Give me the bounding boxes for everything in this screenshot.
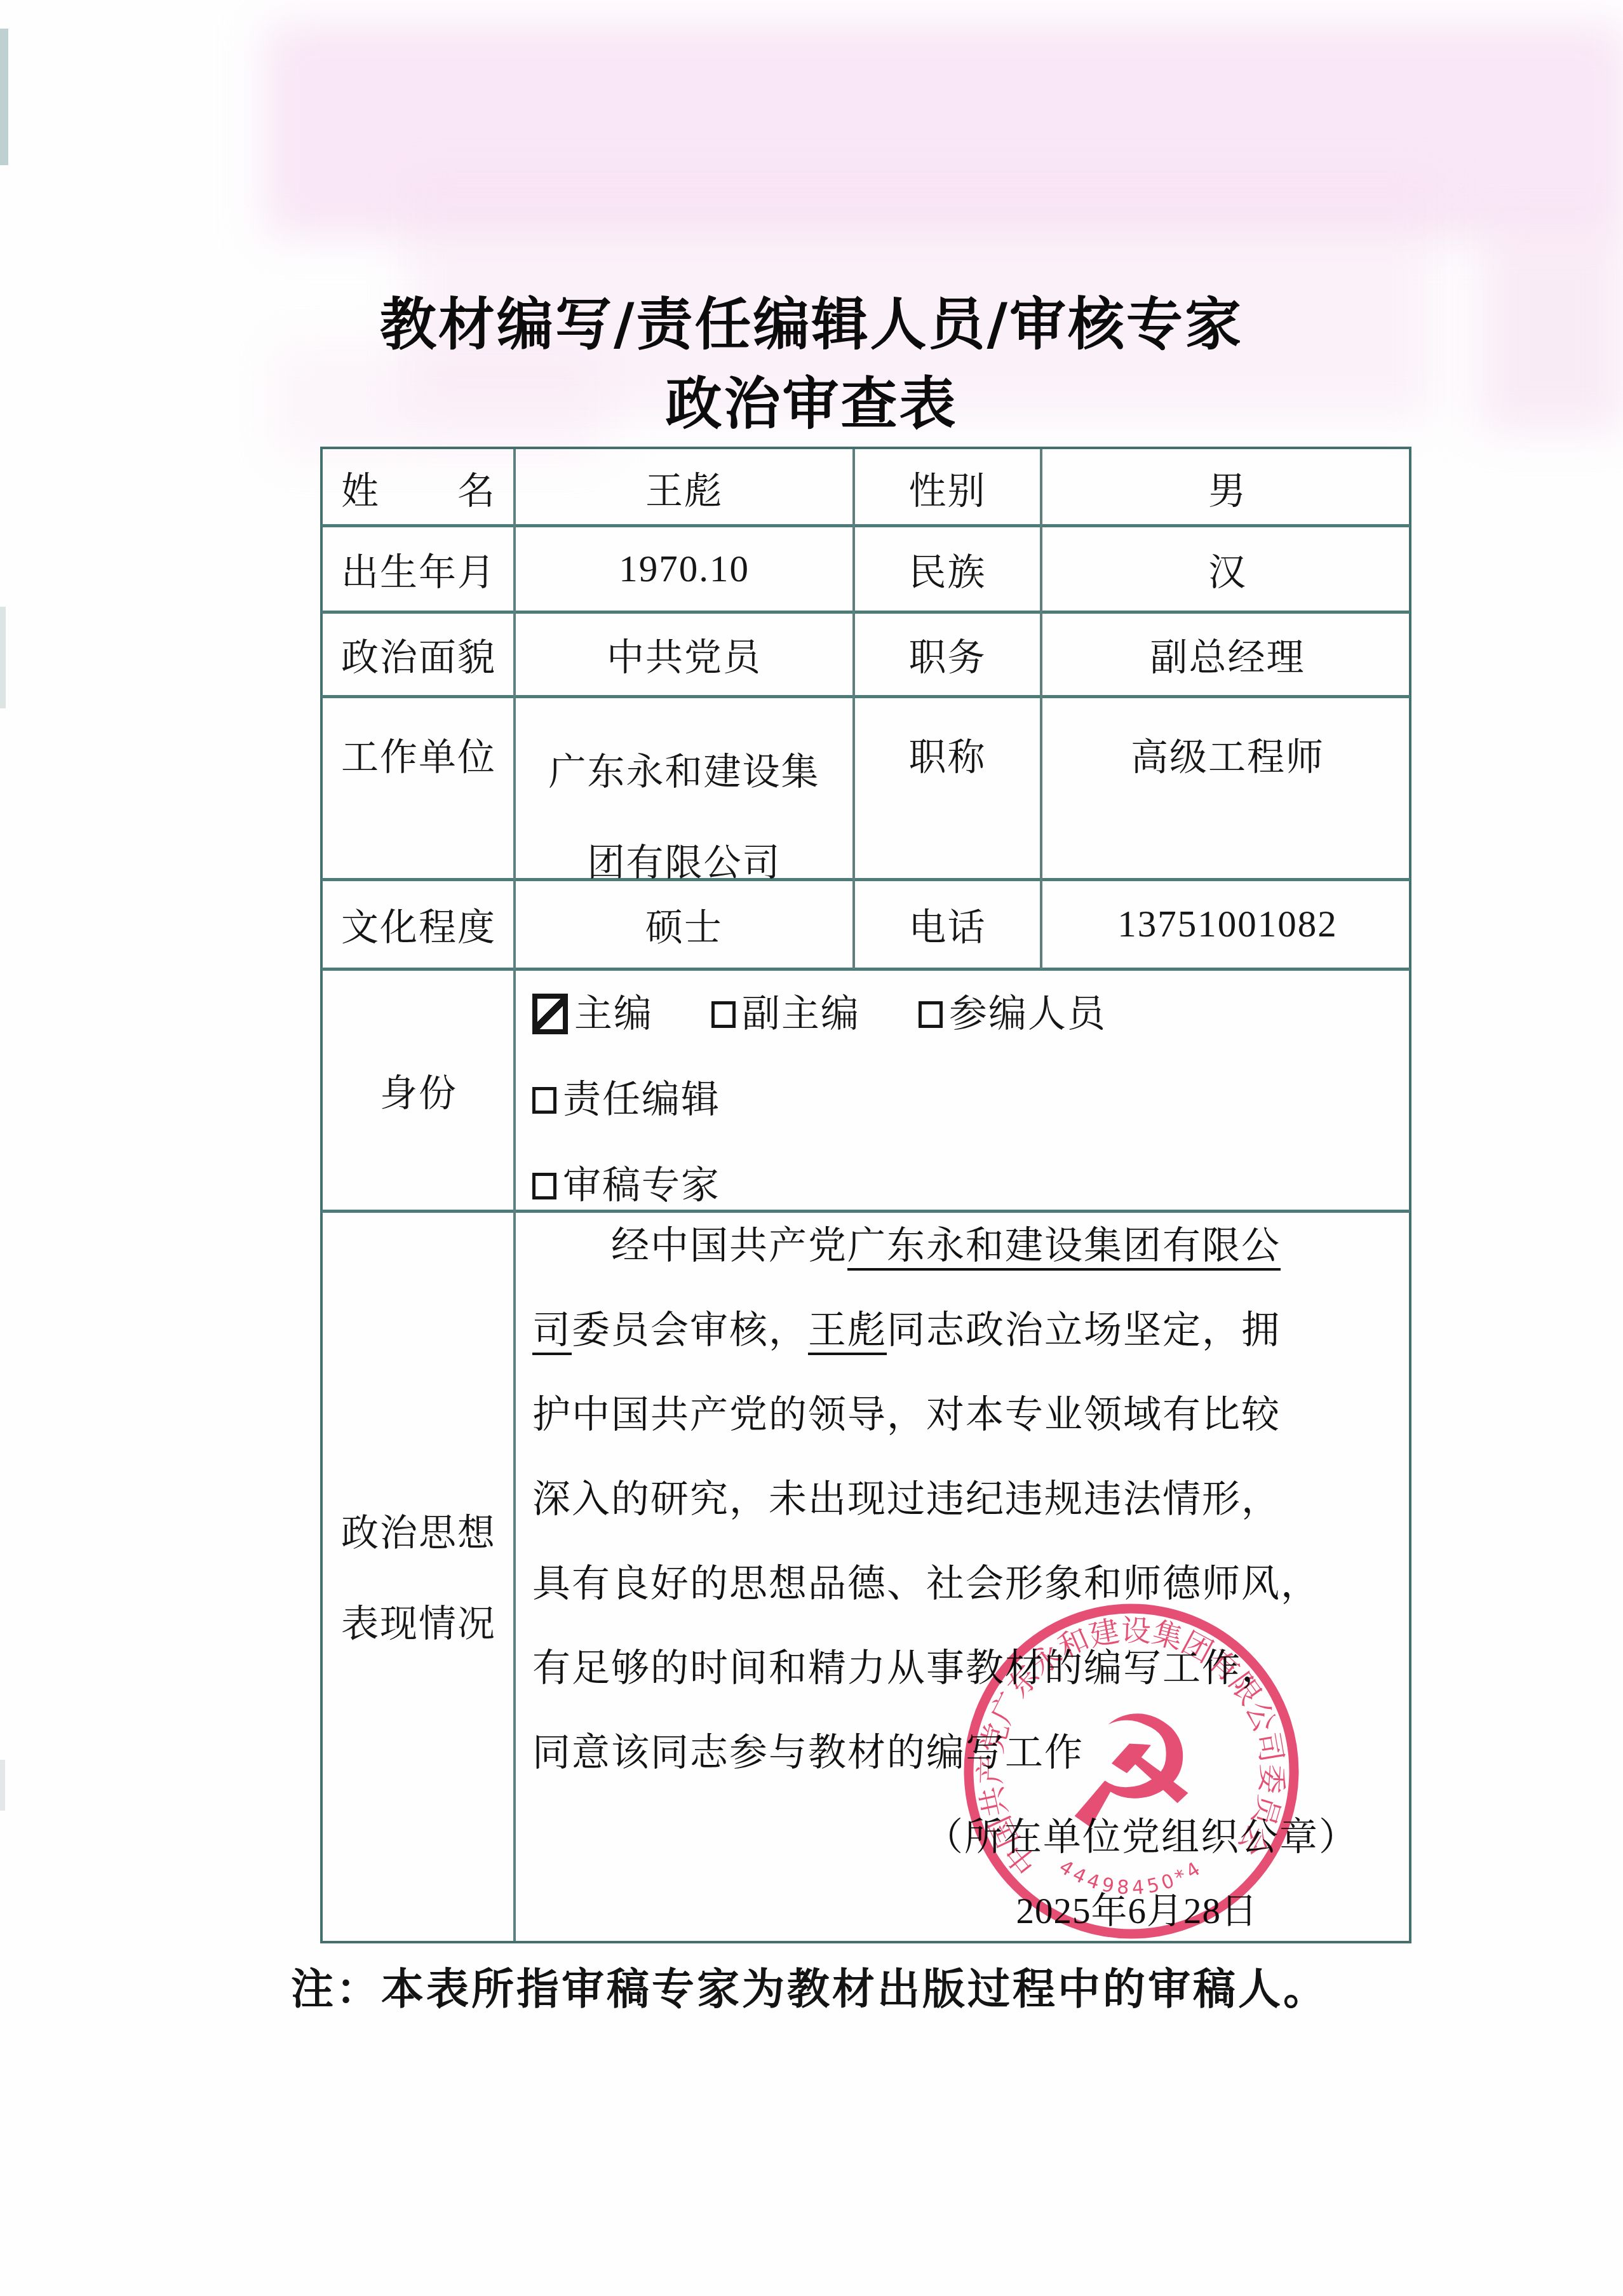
gender-value: 男 bbox=[1041, 449, 1414, 525]
name-value: 王彪 bbox=[515, 449, 854, 525]
duty-value: 副总经理 bbox=[1041, 612, 1414, 696]
identity-option-deputy-editor: 副主编 bbox=[711, 971, 860, 1057]
name-label: 姓 名 bbox=[323, 449, 515, 525]
duty-label: 职务 bbox=[854, 612, 1041, 696]
identity-option-label: 副主编 bbox=[742, 993, 860, 1035]
identity-options-line2: 责任编辑 bbox=[532, 1057, 1409, 1143]
education-value: 硕士 bbox=[515, 879, 854, 969]
empty-checkbox-icon bbox=[532, 1173, 556, 1199]
identity-option-label: 审稿专家 bbox=[563, 1165, 720, 1206]
identity-label: 身份 bbox=[323, 969, 515, 1211]
job-title-label: 职称 bbox=[854, 696, 1041, 879]
political-performance-label: 政治思想 表现情况 bbox=[323, 1211, 515, 1946]
ethnicity-value: 汉 bbox=[1041, 525, 1414, 612]
hammer-sickle-icon: ☭ bbox=[1061, 1683, 1201, 1864]
paragraph-line: 护中国共产党的领导，对本专业领域有比较 bbox=[532, 1373, 1396, 1457]
birthdate-value: 1970.10 bbox=[515, 525, 854, 612]
work-unit-value: 广东永和建设集 团有限公司 bbox=[515, 696, 854, 879]
education-label: 文化程度 bbox=[323, 879, 515, 969]
scan-edge-streak bbox=[0, 29, 8, 165]
identity-options-line1: 主编副主编参编人员 bbox=[532, 971, 1409, 1057]
work-unit-value-line1: 广东永和建设集 bbox=[548, 727, 819, 818]
phone-label: 电话 bbox=[854, 879, 1041, 969]
political-performance-label-line2: 表现情况 bbox=[341, 1579, 496, 1670]
gender-label: 性别 bbox=[854, 449, 1041, 525]
scanned-review-form-page: 教材编写/责任编辑人员/审核专家 政治审查表 姓 名 王彪 性别 男 出生年月 … bbox=[0, 0, 1623, 2296]
work-unit-label: 工作单位 bbox=[323, 696, 515, 879]
paragraph-line: 司委员会审核，王彪同志政治立场坚定，拥 bbox=[532, 1288, 1396, 1373]
footnote: 注：本表所指审稿专家为教材出版过程中的审稿人。 bbox=[291, 1955, 1498, 2016]
party-seal: 中国共产党广东永和建设集团有限公司委员会 ☭ 44498450*4 bbox=[947, 1587, 1316, 1955]
birthdate-label: 出生年月 bbox=[323, 525, 515, 612]
empty-checkbox-icon bbox=[919, 1001, 943, 1028]
political-status-label: 政治面貌 bbox=[323, 612, 515, 696]
identity-option-contributor: 参编人员 bbox=[919, 971, 1107, 1057]
empty-checkbox-icon bbox=[532, 1087, 556, 1114]
identity-option-label: 责任编辑 bbox=[563, 1079, 720, 1121]
identity-option-responsible-editor: 责任编辑 bbox=[532, 1057, 720, 1143]
paragraph-line: 经中国共产党广东永和建设集团有限公 bbox=[532, 1204, 1396, 1288]
political-performance-label-line1: 政治思想 bbox=[341, 1488, 496, 1579]
page-title-line2: 政治审查表 bbox=[0, 364, 1623, 443]
phone-value: 13751001082 bbox=[1041, 879, 1414, 969]
identity-option-label: 主编 bbox=[574, 993, 653, 1035]
scan-edge-streak bbox=[0, 607, 6, 708]
scan-edge-streak bbox=[0, 1760, 5, 1811]
page-title: 教材编写/责任编辑人员/审核专家 政治审查表 bbox=[0, 285, 1623, 443]
checked-checkbox-icon bbox=[532, 994, 568, 1034]
page-title-line1: 教材编写/责任编辑人员/审核专家 bbox=[0, 285, 1623, 364]
empty-checkbox-icon bbox=[711, 1001, 736, 1028]
ethnicity-label: 民族 bbox=[854, 525, 1041, 612]
scan-pink-wash bbox=[267, 25, 1623, 235]
political-status-value: 中共党员 bbox=[515, 612, 854, 696]
identity-option-chief-editor: 主编 bbox=[532, 971, 653, 1057]
identity-option-label: 参编人员 bbox=[949, 993, 1107, 1035]
identity-options: 主编副主编参编人员 责任编辑 审稿专家 bbox=[532, 971, 1409, 1229]
paragraph-line: 深入的研究，未出现过违纪违规违法情形， bbox=[532, 1457, 1396, 1542]
job-title-value: 高级工程师 bbox=[1041, 696, 1414, 879]
